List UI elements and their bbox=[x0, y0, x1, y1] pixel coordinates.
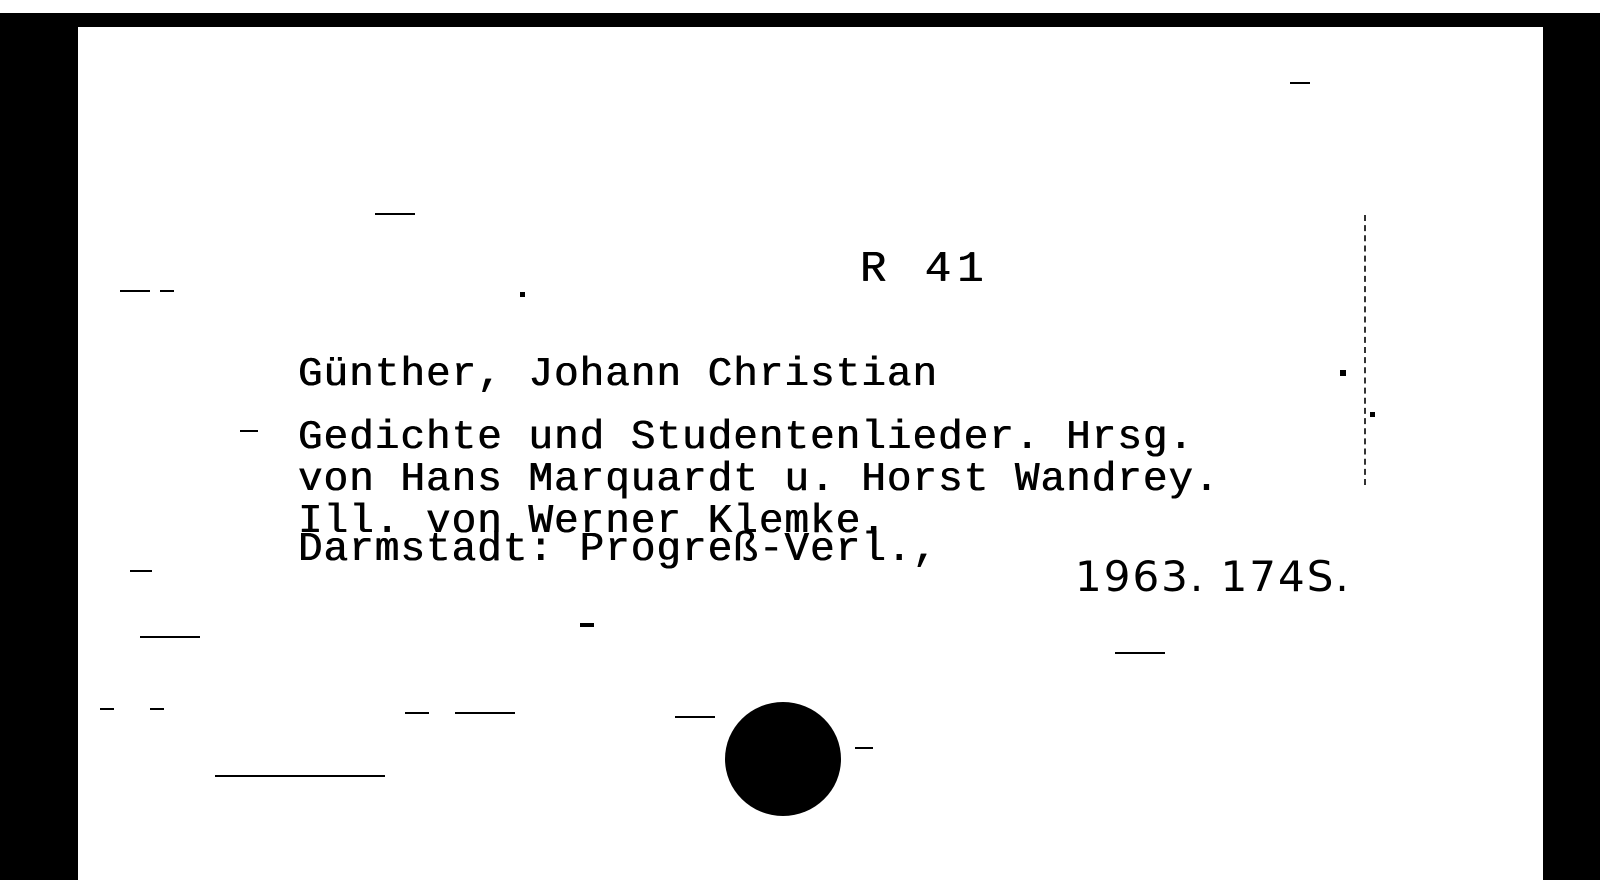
scan-artifact-rule bbox=[1364, 215, 1366, 485]
imprint-line: Darmstadt: Progreß-Verl., bbox=[298, 530, 938, 571]
scanned-card-view: R 41 Günther, Johann Christian Gedichte … bbox=[0, 0, 1600, 880]
call-number: R 41 bbox=[860, 245, 990, 295]
scan-top-margin bbox=[0, 0, 1600, 13]
author-heading: Günther, Johann Christian bbox=[298, 352, 938, 398]
title-line-2: von Hans Marquardt u. Horst Wandrey. bbox=[298, 460, 1220, 501]
title-line-1: Gedichte und Studentenlieder. Hrsg. bbox=[298, 418, 1194, 459]
imprint-year-pages: 1963. 174S. bbox=[1075, 552, 1351, 601]
card-punch-hole bbox=[725, 702, 841, 816]
